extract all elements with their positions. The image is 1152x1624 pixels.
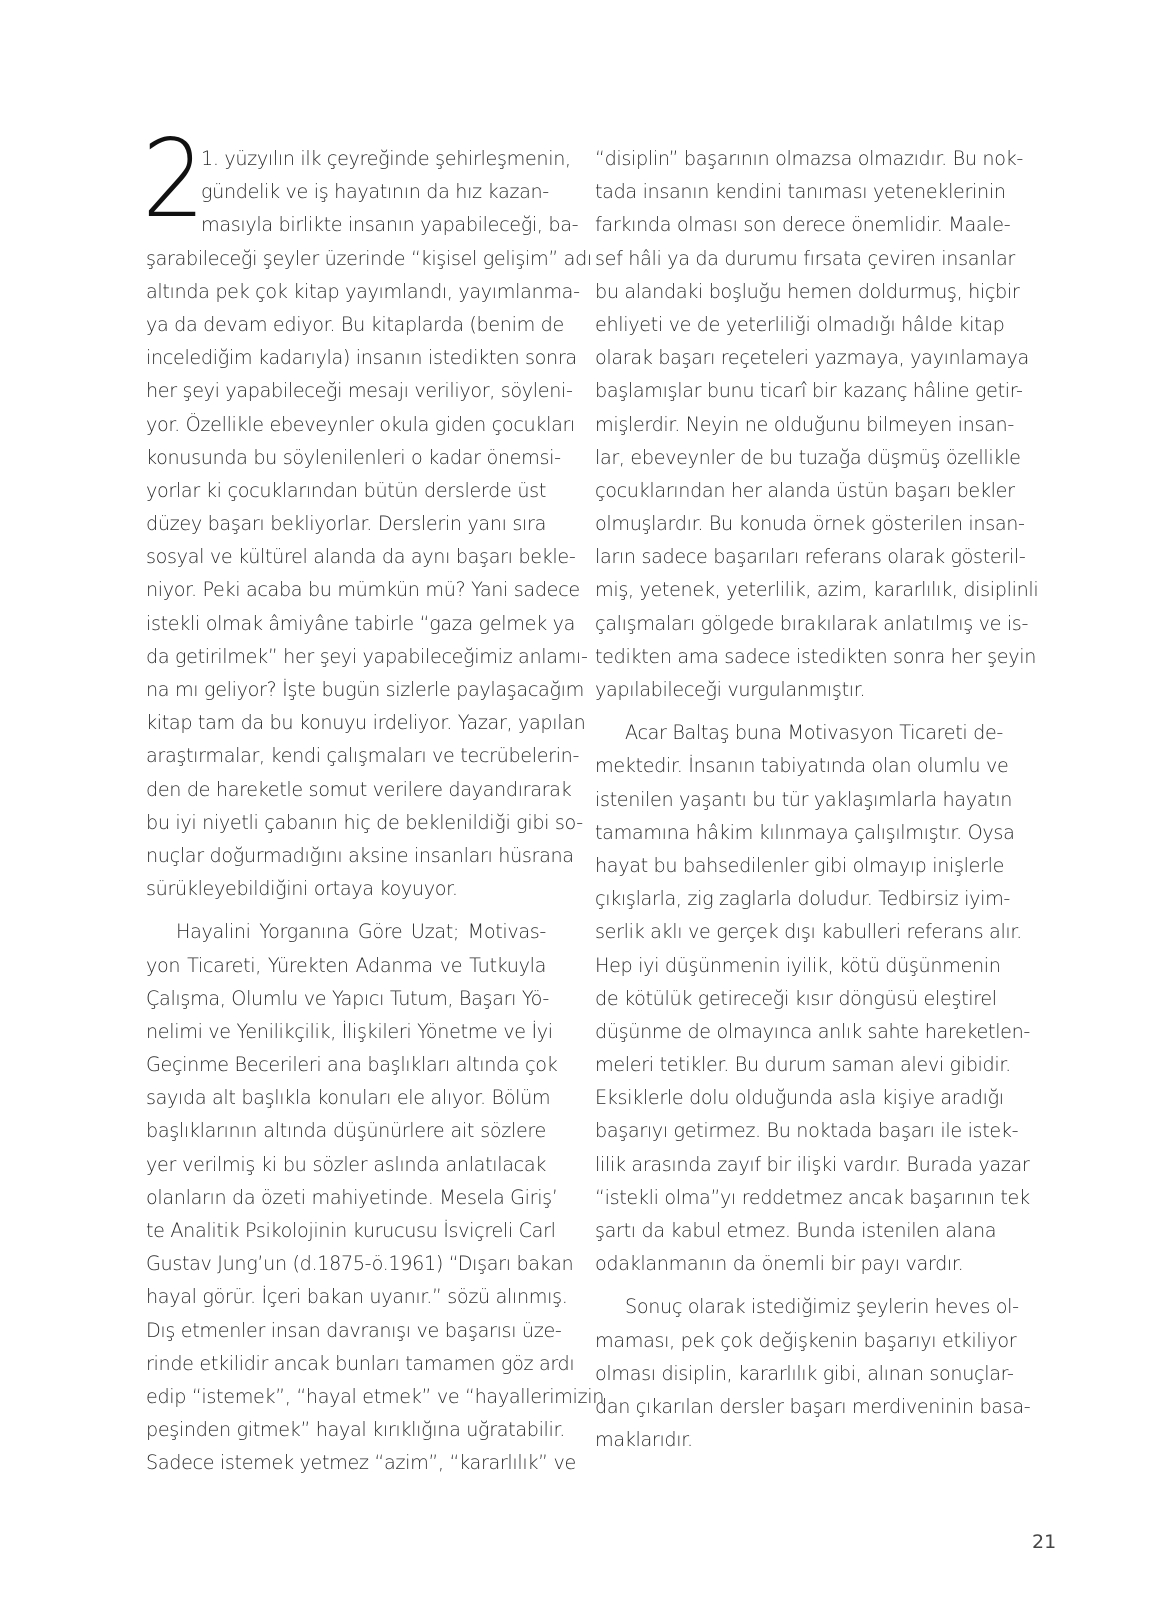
text-line: her şeyi yapabileceği mesajı veriliyor, … [146, 374, 546, 407]
text-line: bu alandaki boşluğu hemen doldurmuş, hiç… [595, 275, 995, 308]
text-line: sosyal ve kültürel alanda da aynı başarı… [146, 540, 546, 573]
book-page: 2 1. yüzyılın ilk çeyreğinde şehirleşmen… [0, 0, 1152, 1624]
text-line: çocuklarından her alanda üstün başarı be… [595, 474, 995, 507]
text-line: düşünme de olmayınca anlık sahte hareket… [595, 1015, 995, 1048]
text-line: na mı geliyor? İşte bugün sizlerle payla… [146, 673, 546, 706]
paragraph-gap [595, 706, 995, 716]
text-line: farkında olması son derece önemlidir. Ma… [595, 208, 995, 241]
text-line: ya da devam ediyor. Bu kitaplarda (benim… [146, 308, 546, 341]
text-line: olmuşlardır. Bu konuda örnek gösterilen … [595, 507, 995, 540]
text-line: çalışmaları gölgede bırakılarak anlatılm… [595, 607, 995, 640]
text-line: bu iyi niyetli çabanın hiç de beklenildi… [146, 806, 546, 839]
text-line: Geçinme Becerileri ana başlıkları altınd… [146, 1048, 546, 1081]
text-line: olanların da özeti mahiyetinde. Mesela G… [146, 1181, 546, 1214]
text-line: miş, yetenek, yeterlilik, azim, kararlıl… [595, 573, 995, 606]
right-column: “disiplin” başarının olmazsa olmazıdır. … [595, 142, 995, 1456]
text-line: yapılabileceği vurgulanmıştır. [595, 673, 995, 706]
text-line: gündelik ve iş hayatının da hız kazan- [201, 175, 546, 208]
text-line: yorlar ki çocuklarından bütün derslerde … [146, 474, 546, 507]
text-line: da getirilmek” her şeyi yapabileceğimiz … [146, 640, 546, 673]
paragraph-gap [146, 905, 546, 915]
left-column: 1. yüzyılın ilk çeyreğinde şehirleşmenin… [146, 142, 546, 1480]
text-line: lar, ebeveynler de bu tuzağa düşmüş özel… [595, 441, 995, 474]
text-line: maması, pek çok değişkenin başarıyı etki… [595, 1324, 995, 1357]
paragraph-gap [595, 1280, 995, 1290]
text-line: dan çıkarılan dersler başarı merdivenini… [595, 1390, 995, 1423]
text-line: sef hâli ya da durumu fırsata çeviren in… [595, 242, 995, 275]
text-line: hayat bu bahsedilenler gibi olmayıp iniş… [595, 849, 995, 882]
paragraph: Sonuç olarak istediğimiz şeylerin heves … [595, 1290, 995, 1456]
text-line: nuçlar doğurmadığını aksine insanları hü… [146, 839, 546, 872]
text-line: başlıklarının altında düşünürlere ait sö… [146, 1114, 546, 1147]
text-line: konusunda bu söylenilenleri o kadar önem… [146, 441, 546, 474]
text-line: Hep iyi düşünmenin iyilik, kötü düşünmen… [595, 949, 995, 982]
text-line: şarabileceği şeyler üzerinde “kişisel ge… [146, 242, 546, 275]
text-line: yor. Özellikle ebeveynler okula giden ço… [146, 408, 546, 441]
text-line: mişlerdir. Neyin ne olduğunu bilmeyen in… [595, 408, 995, 441]
text-line: rinde etkilidir ancak bunları tamamen gö… [146, 1347, 546, 1380]
text-line: Çalışma, Olumlu ve Yapıcı Tutum, Başarı … [146, 982, 546, 1015]
text-line: yer verilmiş ki bu sözler aslında anlatı… [146, 1148, 546, 1181]
text-line: istekli olmak âmiyâne tabirle “gaza gelm… [146, 607, 546, 640]
text-line: nelimi ve Yenilikçilik, İlişkileri Yönet… [146, 1015, 546, 1048]
text-line: Dış etmenler insan davranışı ve başarısı… [146, 1314, 546, 1347]
text-line: odaklanmanın da önemli bir payı vardır. [595, 1247, 995, 1280]
text-line: tada insanın kendini tanıması yetenekler… [595, 175, 995, 208]
text-line: düzey başarı bekliyorlar. Derslerin yanı… [146, 507, 546, 540]
text-line: “istekli olma”yı reddetmez ancak başarın… [595, 1181, 995, 1214]
text-line: ehliyeti ve de yeterliliği olmadığı hâld… [595, 308, 995, 341]
text-line: incelediğim kadarıyla) insanın istedikte… [146, 341, 546, 374]
text-line: sayıda alt başlıkla konuları ele alıyor.… [146, 1081, 546, 1114]
text-line: Hayalini Yorganına Göre Uzat; Motivas- [146, 915, 546, 948]
text-line: serlik aklı ve gerçek dışı kabulleri ref… [595, 915, 995, 948]
text-line: hayal görür. İçeri bakan uyanır.” sözü a… [146, 1280, 546, 1313]
text-line: den de hareketle somut verilere dayandır… [146, 773, 546, 806]
text-line: Sadece istemek yetmez “azim”, “kararlılı… [146, 1446, 546, 1479]
paragraph: Acar Baltaş buna Motivasyon Ticareti de-… [595, 716, 995, 1280]
text-line: şartı da kabul etmez. Bunda istenilen al… [595, 1214, 995, 1247]
text-line: kitap tam da bu konuyu irdeliyor. Yazar,… [146, 706, 546, 739]
text-line: Sonuç olarak istediğimiz şeylerin heves … [595, 1290, 995, 1323]
text-line: lilik arasında zayıf bir ilişki vardır. … [595, 1148, 995, 1181]
text-line: sürükleyebildiğini ortaya koyuyor. [146, 872, 546, 905]
text-line: araştırmalar, kendi çalışmaları ve tecrü… [146, 739, 546, 772]
paragraph: 1. yüzyılın ilk çeyreğinde şehirleşmenin… [146, 142, 546, 905]
paragraph: Hayalini Yorganına Göre Uzat; Motivas-yo… [146, 915, 546, 1479]
text-line: “disiplin” başarının olmazsa olmazıdır. … [595, 142, 995, 175]
text-line: Acar Baltaş buna Motivasyon Ticareti de- [595, 716, 995, 749]
text-line: tamamına hâkim kılınmaya çalışılmıştır. … [595, 816, 995, 849]
text-line: altında pek çok kitap yayımlandı, yayıml… [146, 275, 546, 308]
text-line: ların sadece başarıları referans olarak … [595, 540, 995, 573]
paragraph: “disiplin” başarının olmazsa olmazıdır. … [595, 142, 995, 706]
text-line: Eksiklerle dolu olduğunda asla kişiye ar… [595, 1081, 995, 1114]
text-line: başarıyı getirmez. Bu noktada başarı ile… [595, 1114, 995, 1147]
text-line: Gustav Jung’un (d.1875-ö.1961) “Dışarı b… [146, 1247, 546, 1280]
text-line: meleri tetikler. Bu durum saman alevi gi… [595, 1048, 995, 1081]
text-line: de kötülük getireceği kısır döngüsü eleş… [595, 982, 995, 1015]
text-line: olarak başarı reçeteleri yazmaya, yayınl… [595, 341, 995, 374]
text-line: başlamışlar bunu ticarî bir kazanç hâlin… [595, 374, 995, 407]
text-line: masıyla birlikte insanın yapabileceği, b… [201, 208, 546, 241]
text-line: tedikten ama sadece istedikten sonra her… [595, 640, 995, 673]
text-line: yon Ticareti, Yürekten Adanma ve Tutkuyl… [146, 949, 546, 982]
text-line: peşinden gitmek” hayal kırıklığına uğrat… [146, 1413, 546, 1446]
text-line: niyor. Peki acaba bu mümkün mü? Yani sad… [146, 573, 546, 606]
text-line: 1. yüzyılın ilk çeyreğinde şehirleşmenin… [201, 142, 546, 175]
text-line: çıkışlarla, zig zaglarla doludur. Tedbir… [595, 882, 995, 915]
text-line: edip “istemek”, “hayal etmek” ve “hayall… [146, 1380, 546, 1413]
text-line: maklarıdır. [595, 1423, 995, 1456]
text-line: istenilen yaşantı bu tür yaklaşımlarla h… [595, 783, 995, 816]
text-line: olması disiplin, kararlılık gibi, alınan… [595, 1357, 995, 1390]
text-line: te Analitik Psikolojinin kurucusu İsviçr… [146, 1214, 546, 1247]
page-number: 21 [1032, 1531, 1056, 1553]
text-line: mektedir. İnsanın tabiyatında olan oluml… [595, 749, 995, 782]
